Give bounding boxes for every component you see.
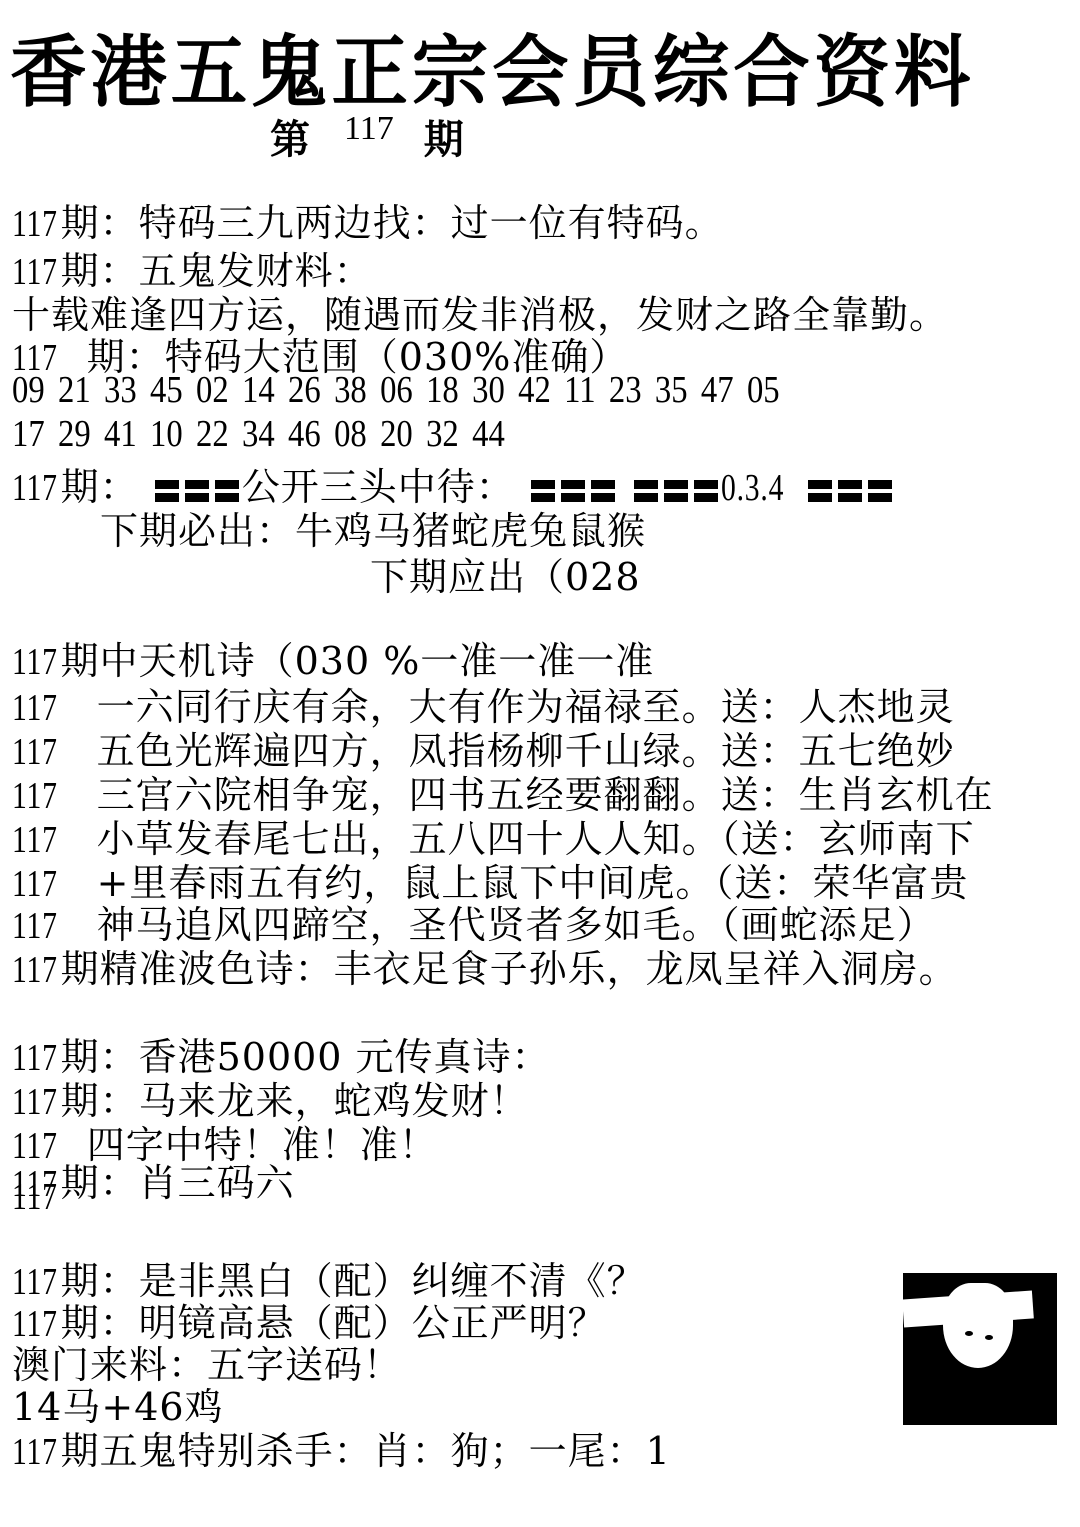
killer-line: 117期五鬼特别杀手：肖：狗；一尾：1 xyxy=(12,1420,671,1475)
block-icon xyxy=(531,480,555,502)
photo-face xyxy=(943,1283,1013,1368)
block-icon xyxy=(838,480,862,502)
photo-eye xyxy=(965,1331,973,1336)
wave-poem-text: 期精准波色诗：丰衣足食子孙乐，龙凤呈祥入洞房。 xyxy=(61,947,958,991)
block-icon xyxy=(591,480,615,502)
killer-text: 期五鬼特别杀手：肖：狗；一尾：1 xyxy=(61,1429,671,1473)
block-icon xyxy=(694,480,718,502)
document-title: 香港五鬼正宗会员综合资料 xyxy=(10,10,974,122)
hint-text: 期：特码三九两边找：过一位有特码。 xyxy=(61,201,724,245)
issue-prefix: 第 xyxy=(270,117,310,163)
block-icon xyxy=(561,480,585,502)
block-icon xyxy=(634,480,658,502)
wave-poem: 117期精准波色诗：丰衣足食子孙乐，龙凤呈祥入洞房。 xyxy=(12,938,958,993)
three-heads-value: 0.3.4 xyxy=(721,466,784,510)
block-icon xyxy=(664,480,688,502)
issue-line: 第117期 xyxy=(270,108,464,165)
issue-num: 117 xyxy=(12,1175,58,1219)
fax-line: 117 xyxy=(12,1174,61,1219)
numbers-row-2: 17 29 41 10 22 34 46 08 20 32 44 xyxy=(12,412,505,456)
issue-num: 117 xyxy=(12,1430,58,1474)
block-icon xyxy=(215,480,239,502)
portrait-photo xyxy=(903,1273,1057,1425)
issue-suffix: 期 xyxy=(424,117,464,163)
block-icon xyxy=(808,480,832,502)
block-icon xyxy=(185,480,209,502)
issue-num: 117 xyxy=(12,948,58,992)
next-should-line: 下期应出（028 xyxy=(370,546,641,601)
block-icon xyxy=(868,480,892,502)
numbers-row-1: 09 21 33 45 02 14 26 38 06 18 30 42 11 2… xyxy=(12,368,780,412)
issue-num: 117 xyxy=(12,466,58,510)
issue-number: 117 xyxy=(344,110,394,147)
hint-line-1: 117期：特码三九两边找：过一位有特码。 xyxy=(12,192,724,247)
block-icon xyxy=(155,480,179,502)
fax-text: 期：肖三码六 xyxy=(61,1161,295,1205)
photo-eye xyxy=(985,1335,993,1340)
